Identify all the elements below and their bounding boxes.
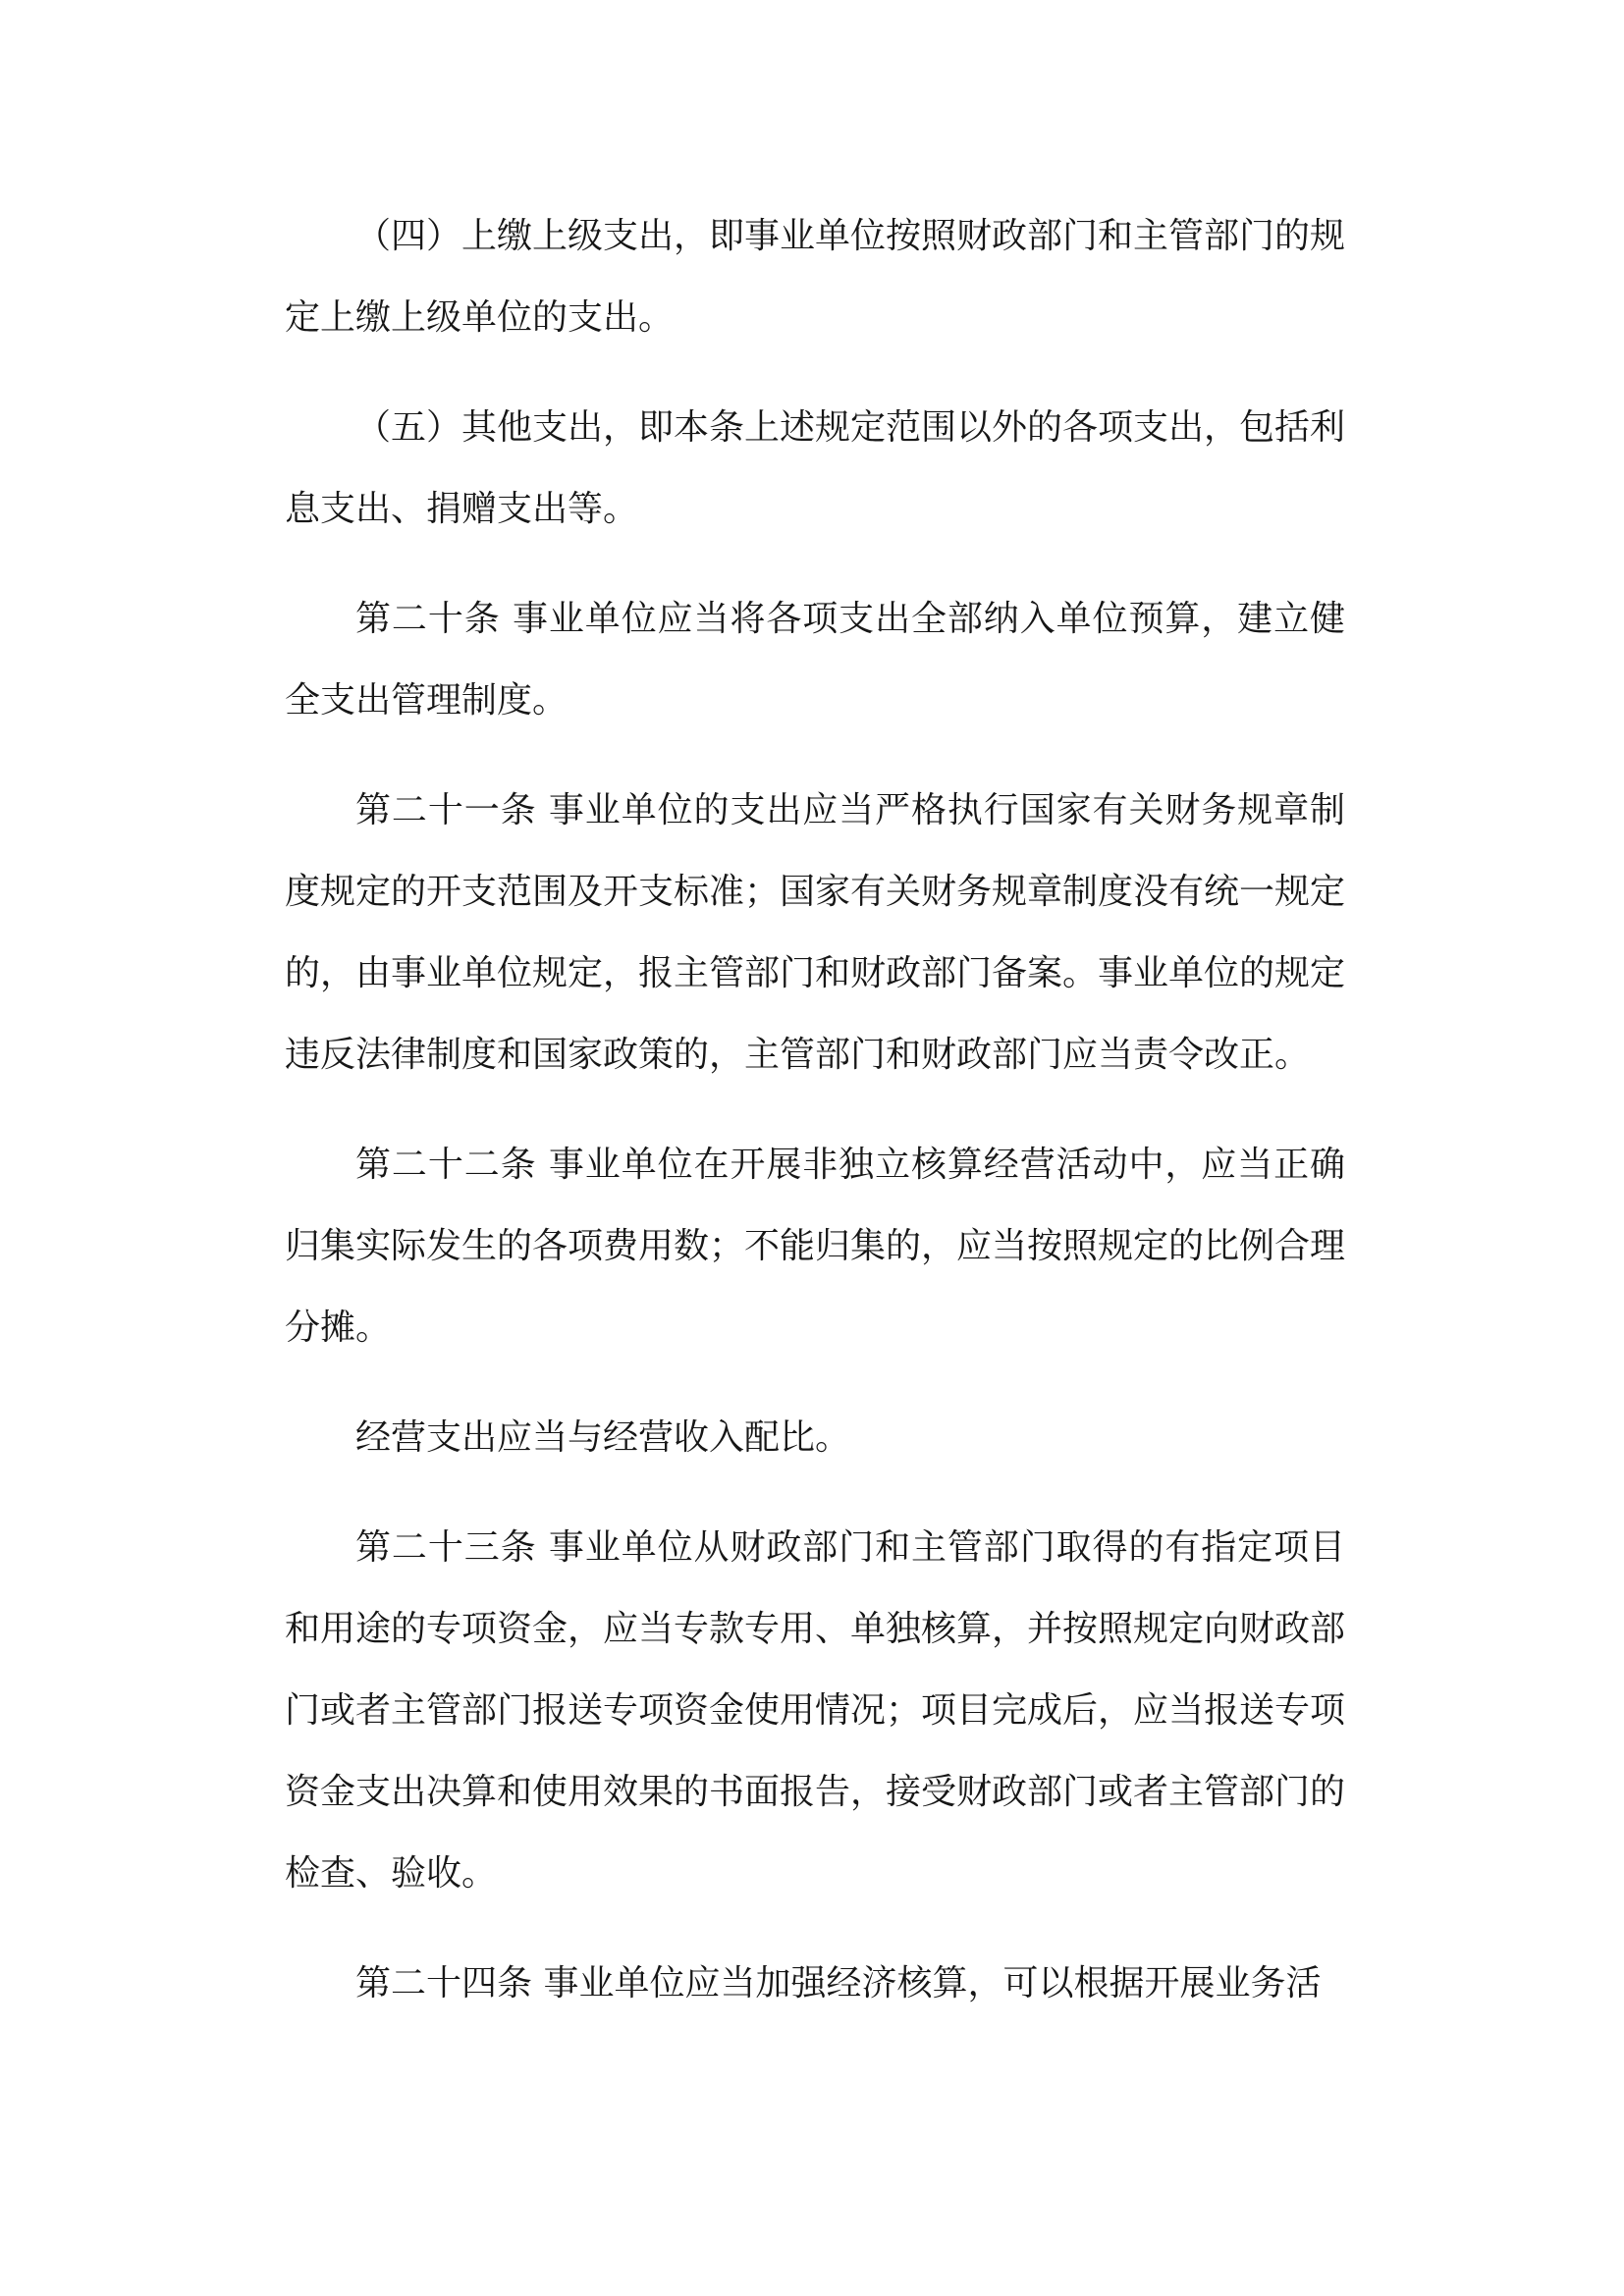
paragraph: 经营支出应当与经营收入配比。 bbox=[285, 1397, 1345, 1478]
paragraph: 第二十二条 事业单位在开展非独立核算经营活动中，应当正确归集实际发生的各项费用数… bbox=[285, 1124, 1345, 1368]
paragraph: 第二十一条 事业单位的支出应当严格执行国家有关财务规章制度规定的开支范围及开支标… bbox=[285, 770, 1345, 1095]
paragraph: 第二十三条 事业单位从财政部门和主管部门取得的有指定项目和用途的专项资金，应当专… bbox=[285, 1507, 1345, 1914]
paragraph: （五）其他支出，即本条上述规定范围以外的各项支出，包括利息支出、捐赠支出等。 bbox=[285, 387, 1345, 550]
document-body: （四）上缴上级支出，即事业单位按照财政部门和主管部门的规定上缴上级单位的支出。（… bbox=[285, 195, 1345, 2024]
paragraph: （四）上缴上级支出，即事业单位按照财政部门和主管部门的规定上缴上级单位的支出。 bbox=[285, 195, 1345, 358]
document-page: （四）上缴上级支出，即事业单位按照财政部门和主管部门的规定上缴上级单位的支出。（… bbox=[0, 0, 1624, 2296]
paragraph: 第二十四条 事业单位应当加强经济核算，可以根据开展业务活 bbox=[285, 1943, 1345, 2024]
paragraph: 第二十条 事业单位应当将各项支出全部纳入单位预算，建立健全支出管理制度。 bbox=[285, 578, 1345, 741]
